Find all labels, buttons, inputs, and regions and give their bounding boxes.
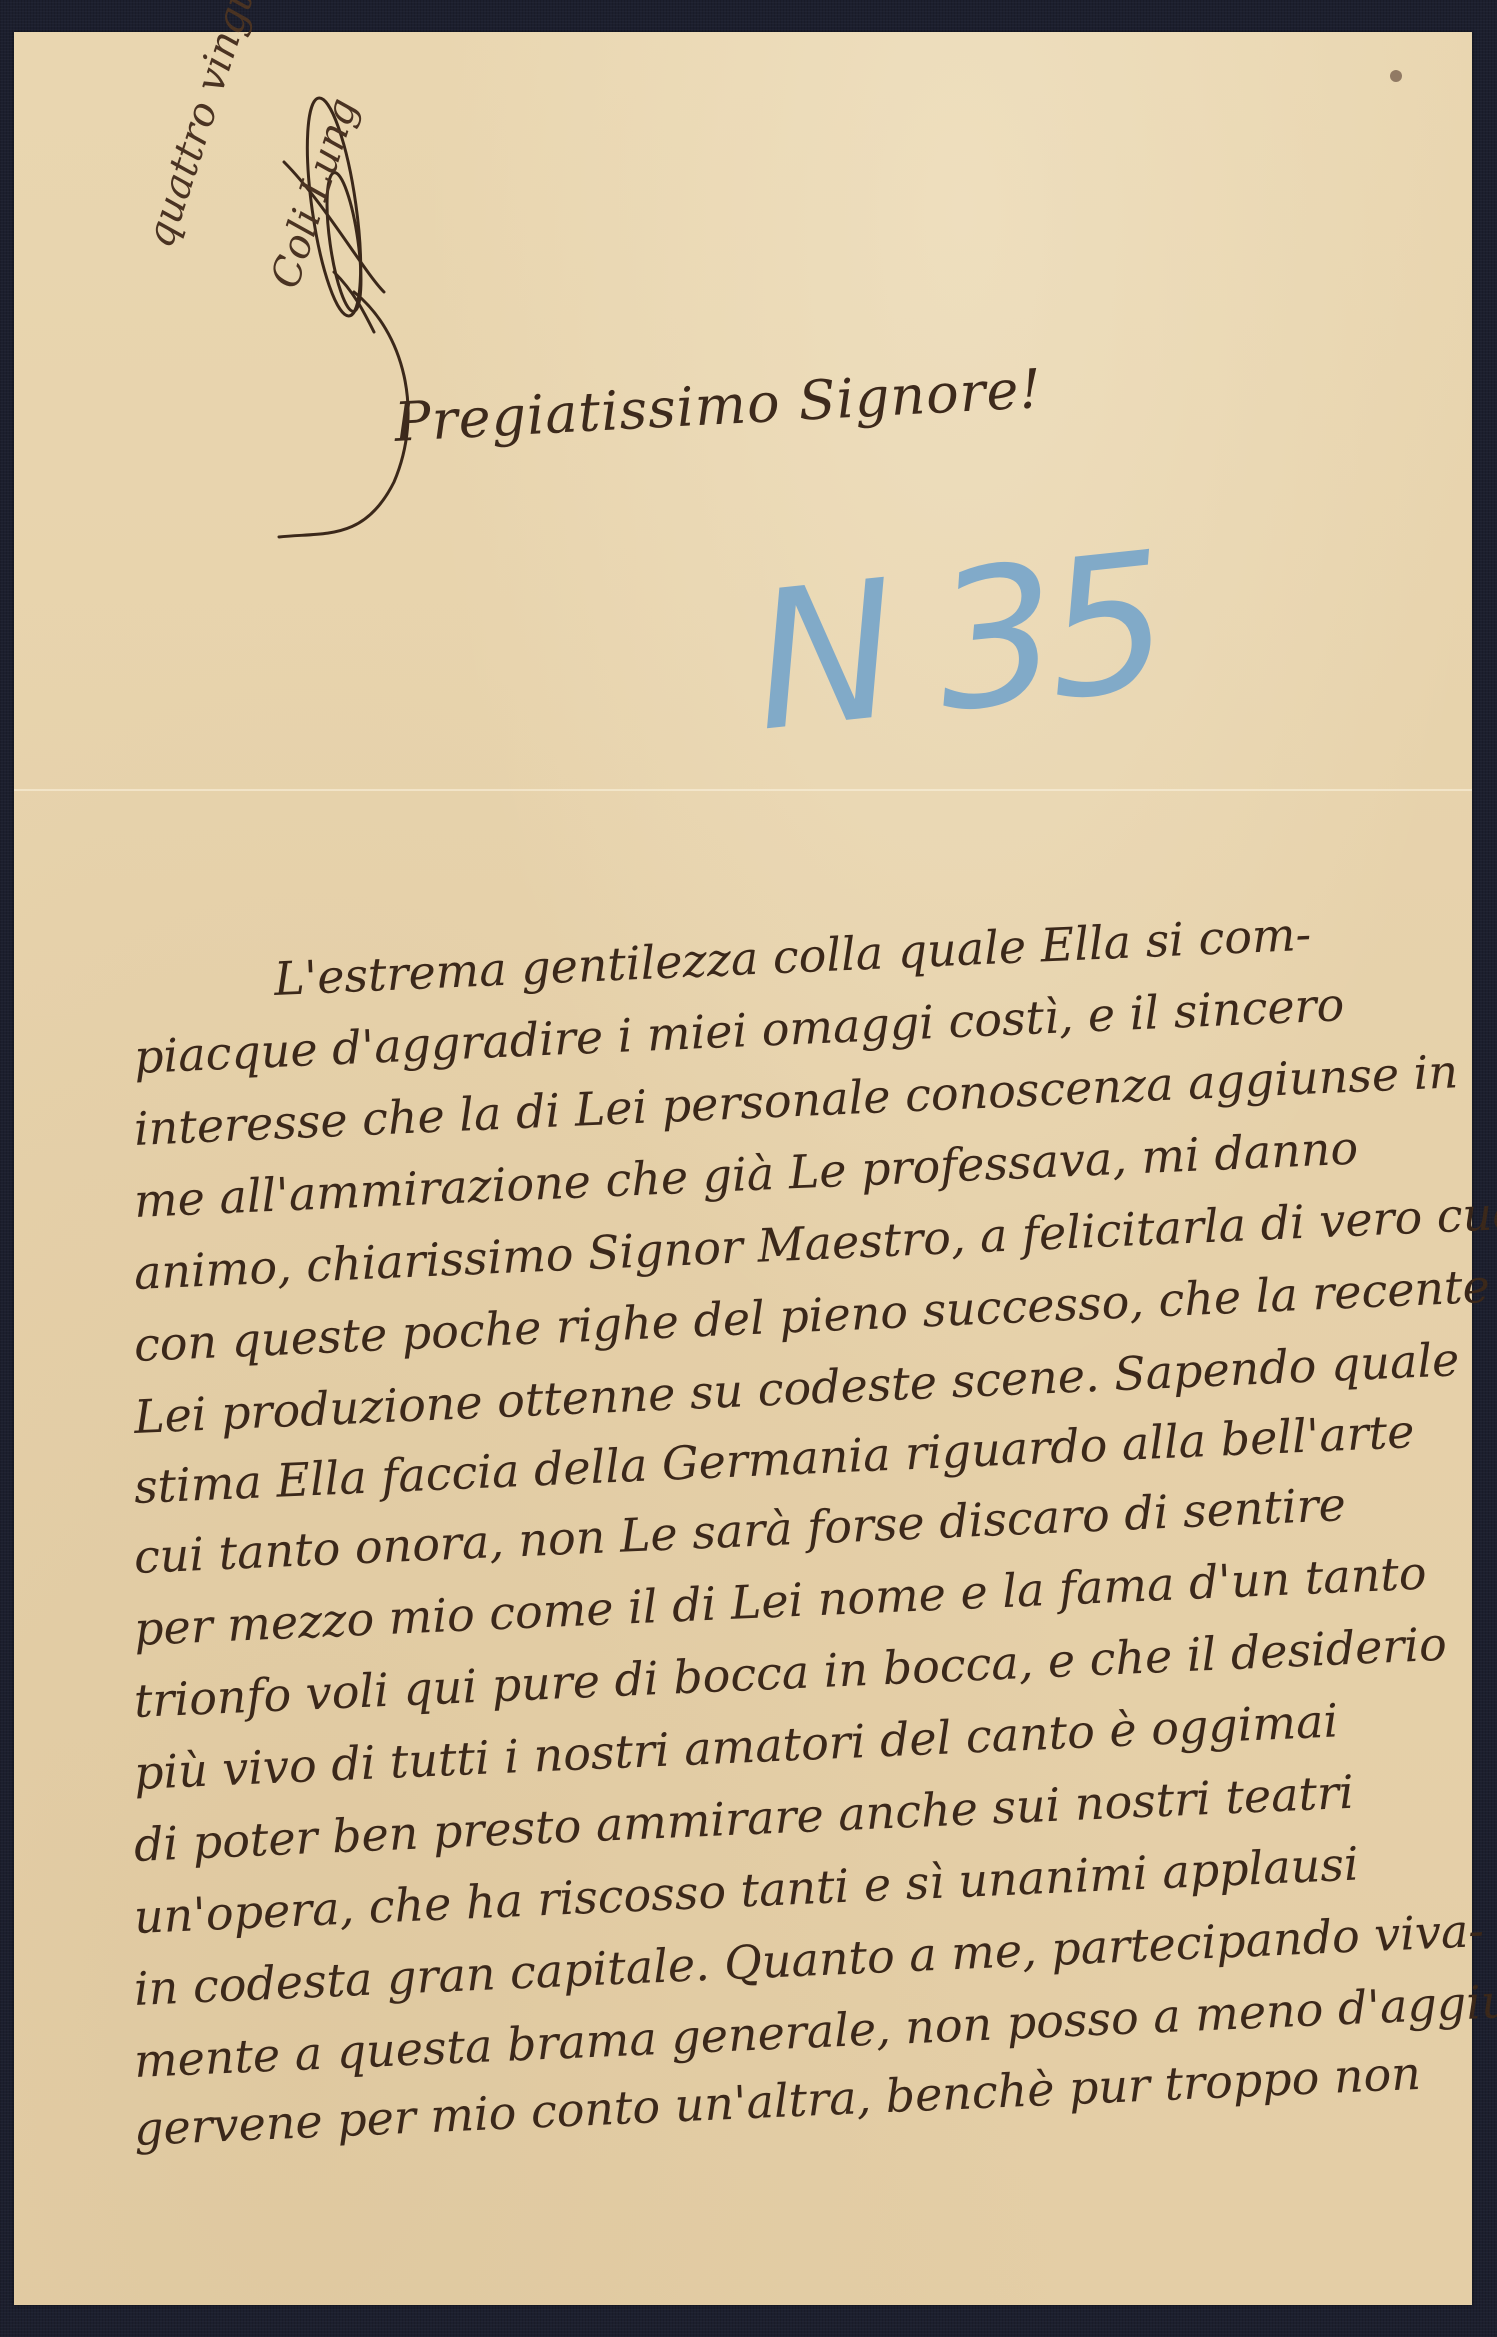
archive-number-pencil: N 35 bbox=[744, 511, 1169, 773]
margin-annotation-line: Coli Lung bbox=[263, 27, 387, 294]
letter-page: quattro vingt Coli Lung Pregiatissimo Si… bbox=[14, 32, 1472, 2305]
margin-annotation-line: quattro vingt bbox=[138, 0, 262, 253]
